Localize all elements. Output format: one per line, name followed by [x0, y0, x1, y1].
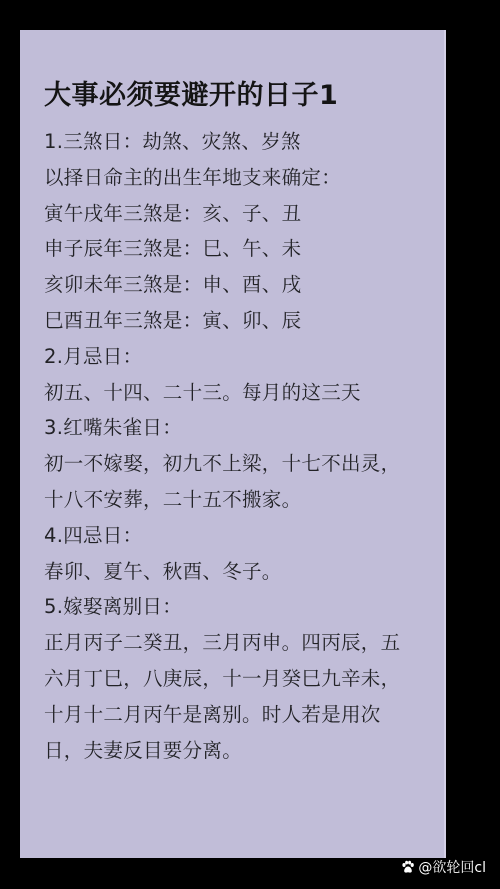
body-line: 初五、十四、二十三。每月的这三天 — [44, 375, 439, 411]
document-title: 大事必须要避开的日子1 — [44, 80, 338, 112]
body-line: 巳酉丑年三煞是：寅、卯、辰 — [44, 303, 439, 339]
document-card: 大事必须要避开的日子1 1.三煞日：劫煞、灾煞、岁煞 以择日命主的出生年地支来确… — [20, 30, 446, 858]
body-line: 申子辰年三煞是：巳、午、未 — [44, 231, 439, 267]
body-line: 1.三煞日：劫煞、灾煞、岁煞 — [44, 124, 439, 160]
body-line: 以择日命主的出生年地支来确定： — [44, 160, 439, 196]
body-line: 2.月忌日： — [44, 339, 439, 375]
body-line: 亥卯未年三煞是：申、酉、戌 — [44, 267, 439, 303]
document-body: 1.三煞日：劫煞、灾煞、岁煞 以择日命主的出生年地支来确定： 寅午戌年三煞是：亥… — [44, 124, 439, 768]
body-line: 十月十二月丙午是离别。时人若是用次 — [44, 697, 439, 733]
body-line: 4.四忌日： — [44, 518, 439, 554]
body-line: 3.红嘴朱雀日： — [44, 410, 439, 446]
body-line: 六月丁巳，八庚辰，十一月癸巳九辛未， — [44, 661, 439, 697]
body-line: 正月丙子二癸丑，三月丙申。四丙辰，五 — [44, 625, 439, 661]
body-line: 春卯、夏午、秋酉、冬子。 — [44, 554, 439, 590]
watermark-text: @欲轮回cl — [418, 857, 486, 877]
body-line: 日，夫妻反目要分离。 — [44, 733, 439, 769]
body-line: 5.嫁娶离别日： — [44, 589, 439, 625]
body-line: 寅午戌年三煞是：亥、子、丑 — [44, 196, 439, 232]
baidu-paw-icon — [401, 860, 415, 874]
body-line: 十八不安葬，二十五不搬家。 — [44, 482, 439, 518]
watermark: @欲轮回cl — [401, 857, 486, 877]
body-line: 初一不嫁娶，初九不上梁，十七不出灵， — [44, 446, 439, 482]
